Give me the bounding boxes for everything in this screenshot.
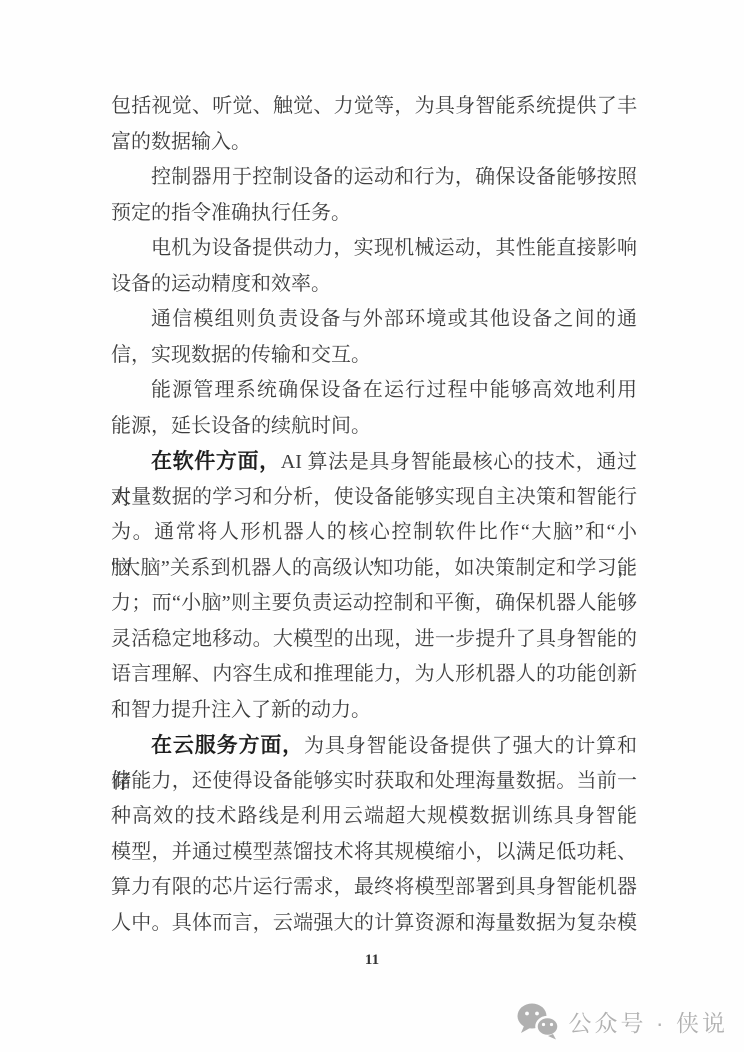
text-line: 储能力，还使得设备能够实时获取和处理海量数据。当前一 xyxy=(111,764,637,800)
watermark: 公众号 · 侠说 xyxy=(516,1002,728,1040)
text-line: 能源，延长设备的续航时间。 xyxy=(111,409,637,445)
text-line: 能源管理系统确保设备在运行过程中能够高效地利用 xyxy=(111,373,637,409)
text-line: “大脑”关系到机器人的高级认知功能，如决策制定和学习能 xyxy=(111,551,637,587)
document-page: 包括视觉、听觉、触觉、力觉等，为具身智能系统提供了丰富的数据输入。控制器用于控制… xyxy=(0,0,744,1052)
text-line: 富的数据输入。 xyxy=(111,125,637,161)
text-line: 算力有限的芯片运行需求，最终将模型部署到具身智能机器 xyxy=(111,870,637,906)
section-lead: 在云服务方面， xyxy=(151,734,304,757)
section-lead: 在软件方面， xyxy=(151,450,281,473)
text-line: 电机为设备提供动力，实现机械运动，其性能直接影响 xyxy=(111,231,637,267)
text-line: 模型，并通过模型蒸馏技术将其规模缩小，以满足低功耗、 xyxy=(111,835,637,871)
text-line: 灵活稳定地移动。大模型的出现，进一步提升了具身智能的 xyxy=(111,622,637,658)
text-line: 大量数据的学习和分析，使设备能够实现自主决策和智能行 xyxy=(111,480,637,516)
text-line: 人中。具体而言，云端强大的计算资源和海量数据为复杂模 xyxy=(111,906,637,942)
text-line: 语言理解、内容生成和推理能力，为人形机器人的功能创新 xyxy=(111,657,637,693)
text-line: 和智力提升注入了新的动力。 xyxy=(111,693,637,729)
wechat-icon xyxy=(516,1002,560,1040)
text-column: 包括视觉、听觉、触觉、力觉等，为具身智能系统提供了丰富的数据输入。控制器用于控制… xyxy=(111,89,637,941)
text-line: 控制器用于控制设备的运动和行为，确保设备能够按照 xyxy=(111,160,637,196)
text-line: 通信模组则负责设备与外部环境或其他设备之间的通 xyxy=(111,302,637,338)
text-line: 力；而“小脑”则主要负责运动控制和平衡，确保机器人能够 xyxy=(111,586,637,622)
text-line: 在软件方面，AI 算法是具身智能最核心的技术，通过对 xyxy=(111,444,637,480)
text-line: 设备的运动精度和效率。 xyxy=(111,267,637,303)
text-line: 包括视觉、听觉、触觉、力觉等，为具身智能系统提供了丰 xyxy=(111,89,637,125)
text-line: 种高效的技术路线是利用云端超大规模数据训练具身智能 xyxy=(111,799,637,835)
text-line: 预定的指令准确执行任务。 xyxy=(111,196,637,232)
page-number: 11 xyxy=(0,952,744,969)
text-line: 在云服务方面，为具身智能设备提供了强大的计算和存 xyxy=(111,728,637,764)
text-line: 信，实现数据的传输和交互。 xyxy=(111,338,637,374)
text-line: 为。通常将人形机器人的核心控制软件比作“大脑”和“小脑”， xyxy=(111,515,637,551)
watermark-label: 公众号 · 侠说 xyxy=(569,1005,728,1038)
